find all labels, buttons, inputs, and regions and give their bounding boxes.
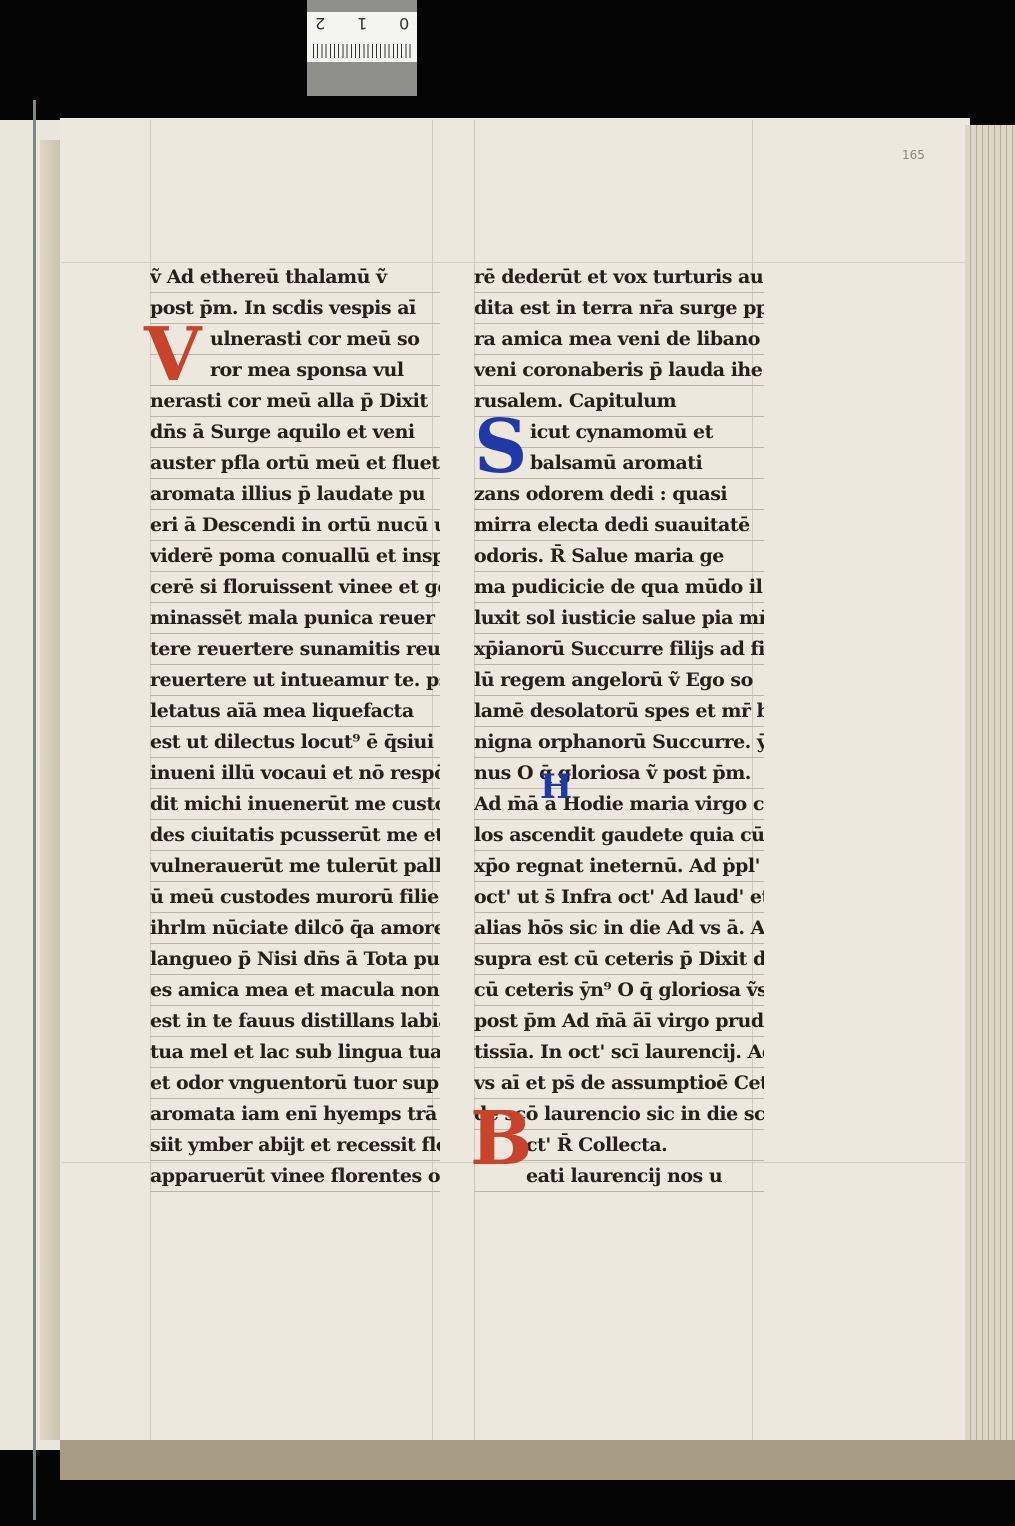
scale-ticks xyxy=(313,44,411,58)
scale-mark-0: 0 xyxy=(399,14,409,33)
decorated-initial-h: H xyxy=(540,770,572,804)
text-line: nigna orphanorū Succurre. ȳ xyxy=(474,727,764,758)
text-line: dit michi inuenerūt me custo xyxy=(150,789,440,820)
decorated-initial-b: B xyxy=(470,1102,533,1176)
text-line: ṽ Ad ethereū thalamū ṽ xyxy=(150,262,440,293)
bottom-edge xyxy=(60,1440,1015,1480)
text-line: des ciuitatis pcusserūt me et xyxy=(150,820,440,851)
text-line: apparuerūt vinee florentes odo xyxy=(150,1161,440,1192)
text-line: vs aī et ps̄ de assumptioē Cetera xyxy=(474,1068,764,1099)
text-line: siit ymber abijt et recessit flores xyxy=(150,1130,440,1161)
text-line: post p̄m Ad m̄ā āī virgo prude xyxy=(474,1006,764,1037)
left-page-edge xyxy=(33,100,36,1520)
text-line: es amica mea et macula non xyxy=(150,975,440,1006)
text-line: auster pfla ortū meū et fluet xyxy=(150,448,440,479)
text-line: lamē desolatorū spes et mr̄ be xyxy=(474,696,764,727)
text-line: ihrlm nūciate dilcō q̄a amore xyxy=(150,913,440,944)
scale-bar-label: 2 1 0 xyxy=(307,12,417,62)
folio-number: 165 xyxy=(902,148,925,162)
text-line: los ascendit gaudete quia cū xyxy=(474,820,764,851)
text-line: tissīa. In oct' scī laurencij. Ad xyxy=(474,1037,764,1068)
text-line: tua mel et lac sub lingua tua xyxy=(150,1037,440,1068)
text-line: oct' ut s̄ Infra oct' Ad laud' et ad xyxy=(474,882,764,913)
text-line: cū ceteris ȳn⁹ O q̄ gloriosa ṽs xyxy=(474,975,764,1006)
scale-mark-1: 1 xyxy=(357,14,367,33)
scale-mark-2: 2 xyxy=(315,14,325,33)
right-text-column: S H B rē dederūt et vox turturis au dita… xyxy=(474,262,764,1192)
text-line: tere reuertere sunamitis reuerte xyxy=(150,634,440,665)
text-line: reuertere ut intueamur te. ps xyxy=(150,665,440,696)
text-line: inueni illū vocaui et nō respō xyxy=(150,758,440,789)
text-line: nus O q̄ gloriosa ṽ post p̄m. xyxy=(474,758,764,789)
text-line: vulnerauerūt me tulerūt palli xyxy=(150,851,440,882)
text-line: langueo p̄ Nisi dn̄s ā Tota pulch xyxy=(150,944,440,975)
text-line: et odor vnguentorū tuor sup oīa xyxy=(150,1068,440,1099)
text-line: alias hōs sic in die Ad vs ā. Ac xyxy=(474,913,764,944)
page-edges xyxy=(965,125,1015,1445)
decorated-initial-s: S xyxy=(474,410,527,484)
text-line: veni coronaberis p̄ lauda ihe xyxy=(474,355,764,386)
text-line: lū regem angelorū ṽ Ego so xyxy=(474,665,764,696)
text-line: letatus aīā mea liquefacta xyxy=(150,696,440,727)
text-line: ra amica mea veni de libano xyxy=(474,324,764,355)
text-line: est in te fauus distillans labia xyxy=(150,1006,440,1037)
text-line: ū meū custodes murorū filie xyxy=(150,882,440,913)
text-line: minassēt mala punica reuer xyxy=(150,603,440,634)
text-line: xp̄o regnat ineternū. Ad ṗpl' p xyxy=(474,851,764,882)
text-line: odoris. R̄ Salue maria ge xyxy=(474,541,764,572)
decorated-initial-v: V xyxy=(144,318,201,392)
text-line: xp̄ianorū Succurre filijs ad fi xyxy=(474,634,764,665)
text-line: Ad m̄ā ā Hodie maria virgo ce xyxy=(474,789,764,820)
text-line: est ut dilectus locut⁹ ē q̄siui et nō xyxy=(150,727,440,758)
text-line: dita est in terra nr̄a surge ppe xyxy=(474,293,764,324)
gutter xyxy=(40,140,62,1440)
text-line: aromata iam enī hyemps trā xyxy=(150,1099,440,1130)
text-line: mirra electa dedi suauitatē xyxy=(474,510,764,541)
text-line: ma pudicicie de qua mūdo il xyxy=(474,572,764,603)
text-line: luxit sol iusticie salue pia mr̄ xyxy=(474,603,764,634)
text-line: rē dederūt et vox turturis au xyxy=(474,262,764,293)
text-line: eri ā Descendi in ortū nucū ut xyxy=(150,510,440,541)
text-line: dn̄s ā Surge aquilo et veni xyxy=(150,417,440,448)
text-line: viderē poma conuallū et inspi xyxy=(150,541,440,572)
text-line: supra est cū ceteris p̄ Dixit dn̄s xyxy=(474,944,764,975)
left-text-column: V ṽ Ad ethereū thalamū ṽ post p̄m. In sc… xyxy=(150,262,440,1192)
scale-bar: 2 1 0 xyxy=(307,0,417,96)
text-line: aromata illius p̄ laudate pu xyxy=(150,479,440,510)
text-line: cerē si floruissent vinee et ger xyxy=(150,572,440,603)
